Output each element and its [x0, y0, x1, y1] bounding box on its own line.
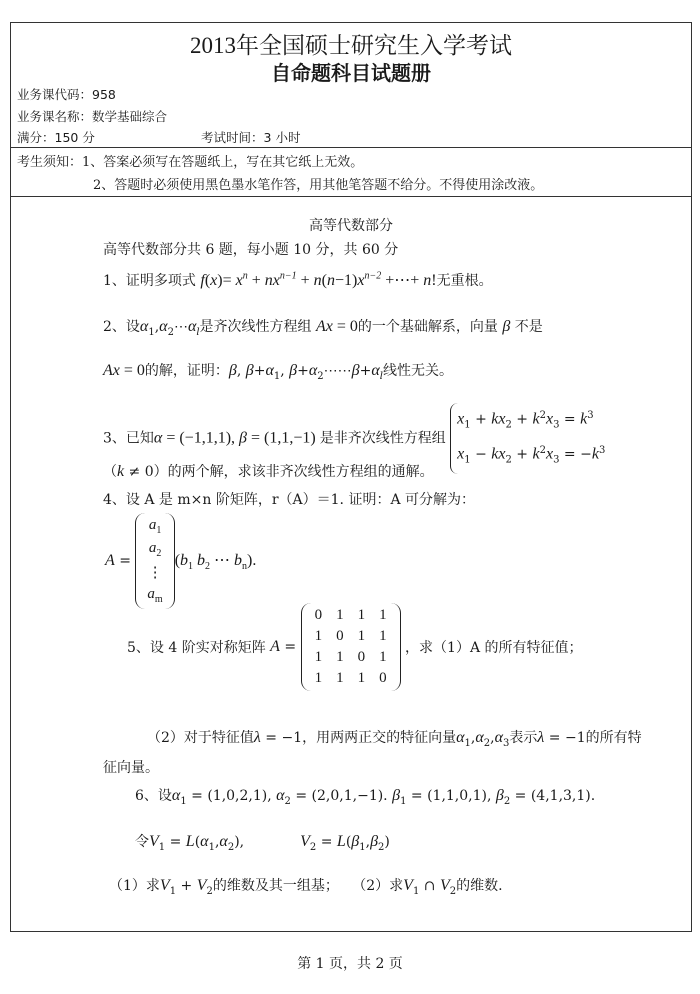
- question-4: 4、设 A 是 m×n 阶矩阵，r（A）＝1. 证明：A 可分解为：: [103, 489, 475, 509]
- question-5: 5、设 4 阶实对称矩阵 A = 0111 1011 1101 1110 ，求（…: [127, 603, 583, 691]
- exam-title: 2013年全国硕士研究生入学考试: [11, 27, 691, 60]
- full-score: 满分：150 分: [17, 128, 95, 146]
- question-1: 1、证明多项式 f(x)= xn + nxn−1 + n(n−1)xn−2 +⋯…: [103, 270, 493, 290]
- question-2-line-2: Ax = 0的解，证明：β, β+α1, β+α2⋯⋯β+αl线性无关。: [103, 360, 453, 382]
- exam-frame: 2013年全国硕士研究生入学考试 自命题科目试题册 业务课代码：958 业务课名…: [10, 22, 692, 932]
- question-3-line-2: （k ≠ 0）的两个解，求该非齐次线性方程组的通解。: [103, 461, 434, 481]
- question-6-definitions: 令V1 = L(α1,α2),V2 = L(β1,β2): [135, 831, 390, 853]
- equation-system: x1 + kx2 + k2x3 = k3 x1 − kx2 + k2x3 = −…: [450, 403, 605, 474]
- question-6: 6、设α1 = (1,0,2,1), α2 = (2,0,1,−1). β1 =…: [135, 785, 595, 807]
- notice-line-2: 2、答题时必须使用黑色墨水笔作答，用其他笔答题不给分。不得使用涂改液。: [93, 174, 543, 193]
- divider: [11, 147, 691, 148]
- question-6-parts: （1）求V1 + V2的维数及其一组基； （2）求V1 ∩ V2的维数.: [109, 875, 503, 897]
- question-2: 2、设α1,α2⋯αl是齐次线性方程组 Ax = 0的一个基础解系，向量 β 不…: [103, 316, 543, 338]
- matrix-a: 0111 1011 1101 1110: [301, 603, 401, 691]
- exam-subtitle: 自命题科目试题册: [11, 57, 691, 86]
- course-code: 业务课代码：958: [17, 85, 116, 103]
- page-number: 第 1 页，共 2 页: [0, 953, 700, 973]
- exam-time: 考试时间：3 小时: [201, 128, 300, 146]
- question-5-part-2: （2）对于特征值λ = −1，用两两正交的特征向量α1,α2,α3表示λ = −…: [147, 727, 642, 749]
- divider: [11, 196, 691, 197]
- question-5-part-2-end: 征向量。: [103, 757, 159, 777]
- section-intro: 高等代数部分共 6 题，每小题 10 分，共 60 分: [103, 239, 398, 259]
- notice-line-1: 考生须知：1、答案必须写在答题纸上，写在其它纸上无效。: [17, 151, 363, 170]
- section-title: 高等代数部分: [11, 215, 691, 235]
- question-4-formula: A = a1a2⋮am(b1 b2 ⋯ bn).: [105, 513, 256, 609]
- course-name: 业务课名称：数学基础综合: [17, 107, 167, 125]
